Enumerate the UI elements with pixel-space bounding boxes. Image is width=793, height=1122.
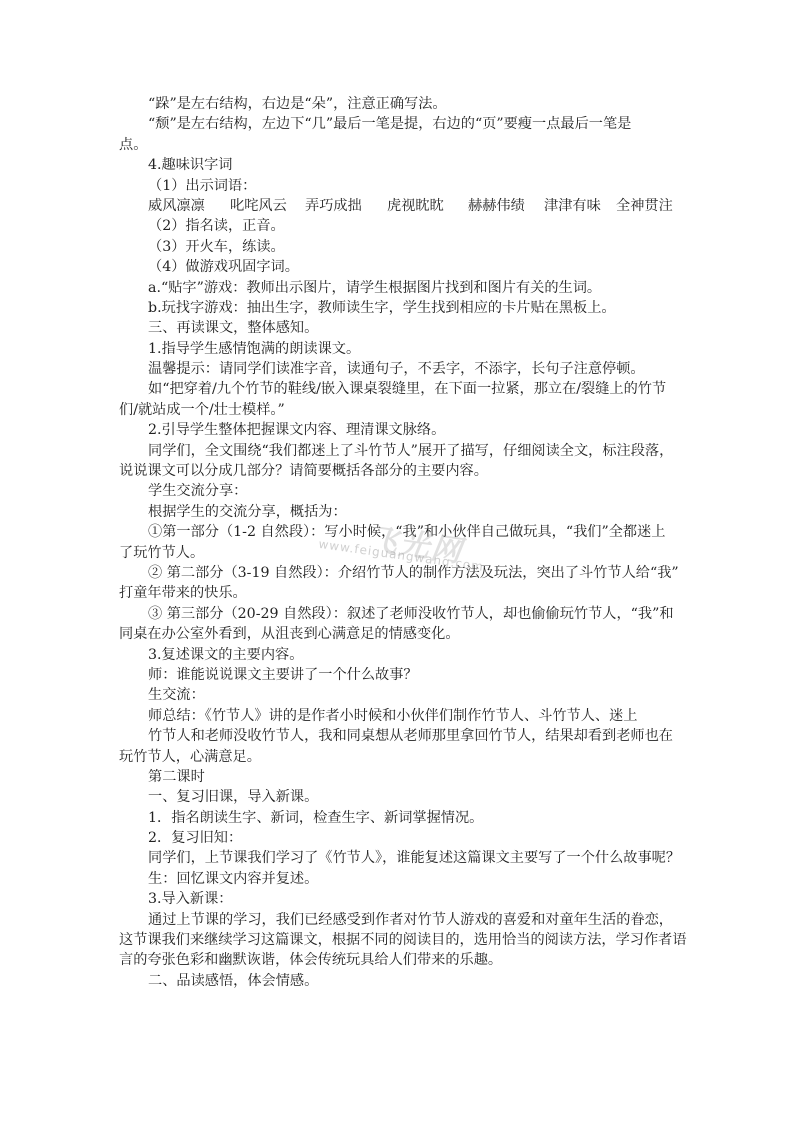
paragraph-line: 师：谁能说说课文主要讲了一个什么故事？ [119, 665, 675, 685]
paragraph-line: 一、复习旧课，导入新课。 [119, 787, 675, 807]
paragraph-line: 打童年带来的快乐。 [119, 583, 675, 603]
paragraph-line: 根据学生的交流分享，概括为： [119, 502, 675, 522]
paragraph-line: b.玩找字游戏：抽出生字，教师读生字，学生找到相应的卡片贴在黑板上。 [119, 298, 675, 318]
document-page: “跺”是左右结构，右边是“朵”，注意正确写法。“颓”是左右结构，左边下“几”最后… [119, 94, 675, 991]
paragraph-line: 竹节人和老师没收竹节人，我和同桌想从老师那里拿回竹节人，结果却看到老师也在 [119, 726, 675, 746]
paragraph-line: 学生交流分享： [119, 481, 675, 501]
paragraph-line: （2）指名读，正音。 [119, 216, 675, 236]
paragraph-line: 了玩竹节人。 [119, 543, 675, 563]
paragraph-line: 们/就站成一个/壮士模样。” [119, 400, 675, 420]
paragraph-line: 同桌在办公室外看到，从沮丧到心满意足的情感变化。 [119, 624, 675, 644]
paragraph-line: 4.趣味识字词 [119, 155, 675, 175]
paragraph-line: 生交流： [119, 685, 675, 705]
paragraph-line: 这节课我们来继续学习这篇课文，根据不同的阅读目的，选用恰当的阅读方法，学习作者语 [119, 930, 675, 950]
paragraph-line: 三、再读课文，整体感知。 [119, 318, 675, 338]
paragraph-line: 生：回忆课文内容并复述。 [119, 869, 675, 889]
paragraph-line: 2.引导学生整体把握课文内容、理清课文脉络。 [119, 420, 675, 440]
paragraph-line: ② 第二部分（3-19 自然段）：介绍竹节人的制作方法及玩法，突出了斗竹节人给“… [119, 563, 675, 583]
paragraph-line: 言的夸张色彩和幽默诙谐，体会传统玩具给人们带来的乐趣。 [119, 950, 675, 970]
paragraph-line: 说说课文可以分成几部分？请简要概括各部分的主要内容。 [119, 461, 675, 481]
paragraph-line: 1.指导学生感情饱满的朗读课文。 [119, 339, 675, 359]
paragraph-line: （1）出示词语： [119, 176, 675, 196]
vocabulary-word: 威风凛凛 [148, 196, 205, 216]
vocabulary-word: 弄巧成拙 [305, 196, 362, 216]
paragraph-line: 二、品读感悟，体会情感。 [119, 971, 675, 991]
paragraph-line: 1．指名朗读生字、新词，检查生字、新词掌握情况。 [119, 808, 675, 828]
paragraph-line: “颓”是左右结构，左边下“几”最后一笔是提，右边的“页”要瘦一点最后一笔是 [119, 114, 675, 134]
vocabulary-word-row: 威风凛凛叱咤风云弄巧成拙虎视眈眈赫赫伟绩津津有味全神贯注 [119, 196, 675, 216]
paragraph-line: 通过上节课的学习，我们已经感受到作者对竹节人游戏的喜爱和对童年生活的眷恋， [119, 910, 675, 930]
paragraph-line: 同学们，全文围绕“我们都迷上了斗竹节人”展开了描写，仔细阅读全文，标注段落， [119, 441, 675, 461]
paragraph-line: 3.复述课文的主要内容。 [119, 645, 675, 665]
paragraph-line: ①第一部分（1-2 自然段）：写小时候，“我”和小伙伴自己做玩具，“我们”全都迷… [119, 522, 675, 542]
paragraph-line: “跺”是左右结构，右边是“朵”，注意正确写法。 [119, 94, 675, 114]
vocabulary-word: 津津有味 [544, 196, 601, 216]
paragraph-line: 点。 [119, 135, 675, 155]
paragraph-line: 如“把穿着/九个竹节的鞋线/嵌入课桌裂缝里，在下面一拉紧，那立在/裂缝上的竹节 [119, 379, 675, 399]
paragraph-line: 师总结：《竹节人》讲的是作者小时候和小伙伴们制作竹节人、斗竹节人、迷上 [119, 706, 675, 726]
vocabulary-word: 赫赫伟绩 [468, 196, 525, 216]
vocabulary-word: 虎视眈眈 [387, 196, 444, 216]
vocabulary-word: 叱咤风云 [230, 196, 287, 216]
paragraph-line: 玩竹节人，心满意足。 [119, 747, 675, 767]
paragraph-line: 第二课时 [119, 767, 675, 787]
paragraph-line: a.“贴字”游戏：教师出示图片，请学生根据图片找到和图片有关的生词。 [119, 278, 675, 298]
paragraph-line: 同学们，上节课我们学习了《竹节人》，谁能复述这篇课文主要写了一个什么故事呢？ [119, 848, 675, 868]
paragraph-line: 2．复习旧知： [119, 828, 675, 848]
paragraph-line: ③ 第三部分（20-29 自然段）：叙述了老师没收竹节人，却也偷偷玩竹节人，“我… [119, 604, 675, 624]
paragraph-line: （4）做游戏巩固字词。 [119, 257, 675, 277]
paragraph-line: 3.导入新课： [119, 889, 675, 909]
vocabulary-word: 全神贯注 [616, 196, 673, 216]
paragraph-line: 温馨提示：请同学们读准字音，读通句子，不丢字，不添字，长句子注意停顿。 [119, 359, 675, 379]
paragraph-line: （3）开火车，练读。 [119, 237, 675, 257]
